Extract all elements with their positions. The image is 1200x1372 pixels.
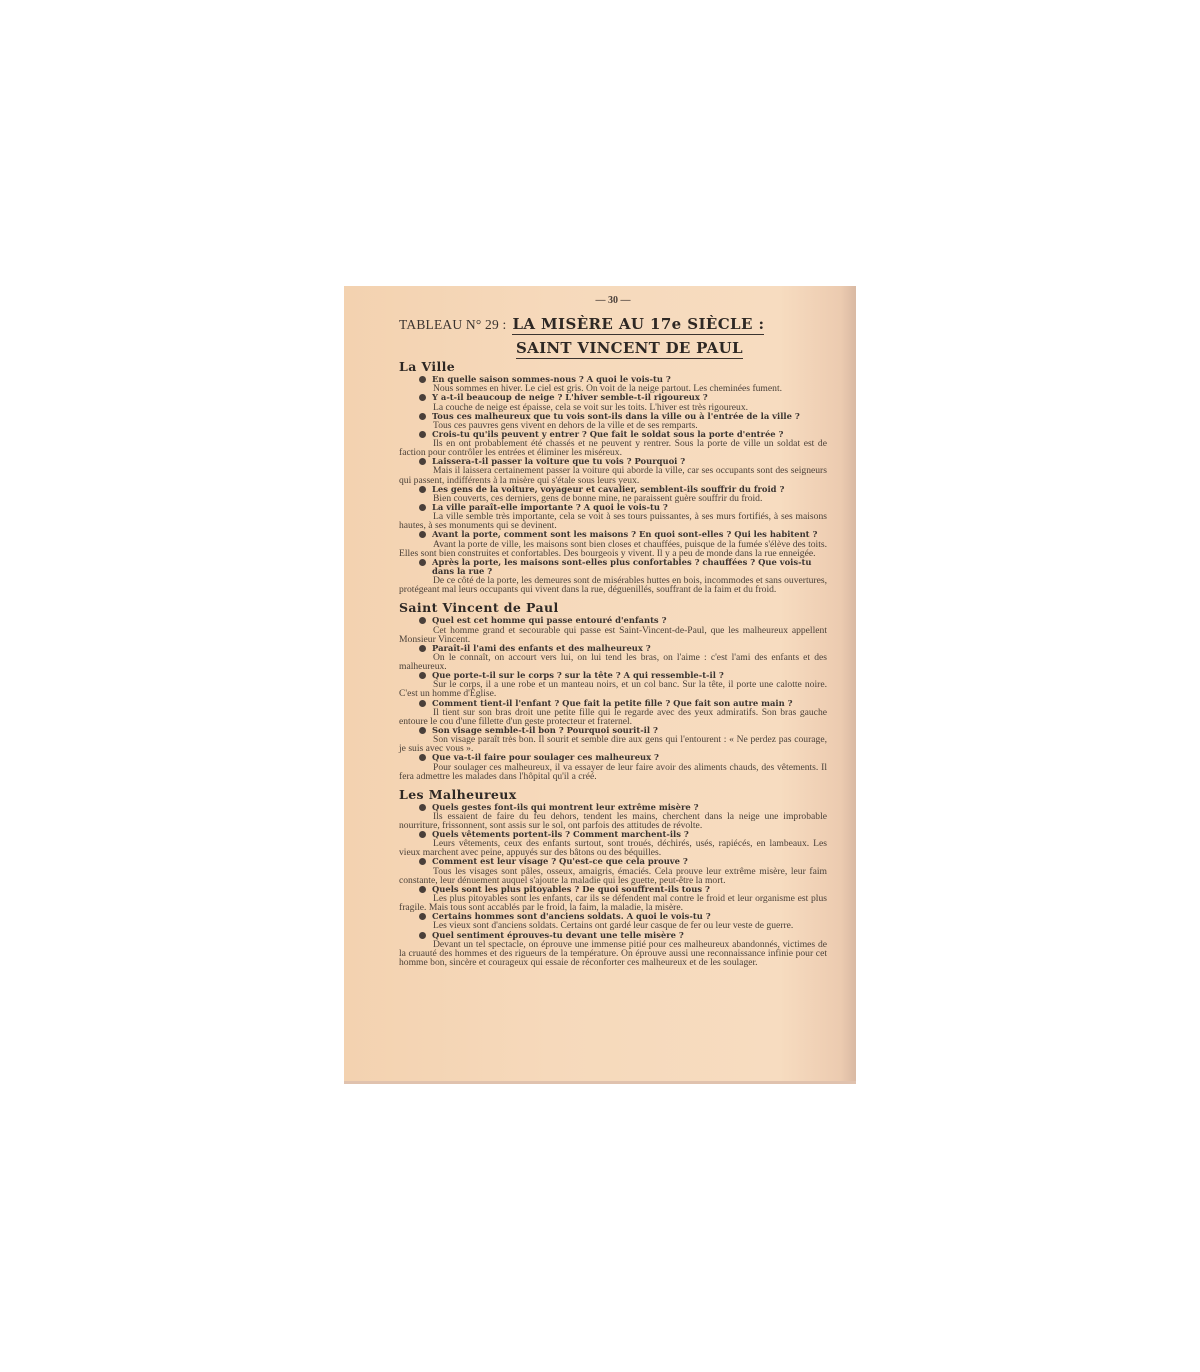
question-text: Que porte-t-il sur le corps ? sur la têt… (432, 671, 724, 680)
bullet-icon (419, 913, 426, 920)
question-text: Certains hommes sont d'anciens soldats. … (432, 912, 711, 921)
question-answer-item: Les gens de la voiture, voyageur et cava… (399, 485, 827, 503)
question-text: Quel sentiment éprouves-tu devant une te… (432, 931, 684, 940)
question-answer-item: En quelle saison sommes-nous ? A quoi le… (399, 375, 827, 393)
question: Son visage semble-t-il bon ? Pourquoi so… (399, 726, 827, 735)
question-answer-item: Que va-t-il faire pour soulager ces malh… (399, 753, 827, 780)
bullet-icon (419, 559, 426, 566)
question-text: Son visage semble-t-il bon ? Pourquoi so… (432, 726, 658, 735)
bullet-icon (419, 754, 426, 761)
bullet-icon (419, 672, 426, 679)
question-answer-item: Son visage semble-t-il bon ? Pourquoi so… (399, 726, 827, 753)
bullet-icon (419, 486, 426, 493)
question: Quels sont les plus pitoyables ? De quoi… (399, 885, 827, 894)
answer-text: Son visage paraît très bon. Il sourit et… (399, 735, 827, 753)
question: Quel est cet homme qui passe entouré d'e… (399, 616, 827, 625)
question: Avant la porte, comment sont les maisons… (399, 530, 827, 539)
question-text: Avant la porte, comment sont les maisons… (432, 530, 817, 539)
question: En quelle saison sommes-nous ? A quoi le… (399, 375, 827, 384)
answer-text: Pour soulager ces malheureux, il va essa… (399, 763, 827, 781)
answer-text: Cet homme grand et secourable qui passe … (399, 626, 827, 644)
question-answer-item: Comment est leur visage ? Qu'est-ce que … (399, 857, 827, 884)
question-answer-item: Quels sont les plus pitoyables ? De quoi… (399, 885, 827, 912)
answer-text: Devant un tel spectacle, on éprouve une … (399, 940, 827, 967)
answer-text: Leurs vêtements, ceux des enfants surtou… (399, 839, 827, 857)
bullet-icon (419, 394, 426, 401)
question-answer-item: Comment tient-il l'enfant ? Que fait la … (399, 699, 827, 726)
bullet-icon (419, 376, 426, 383)
answer-text: Il tient sur son bras droit une petite f… (399, 708, 827, 726)
question-answer-item: Avant la porte, comment sont les maisons… (399, 530, 827, 557)
question-answer-item: Quels vêtements portent-ils ? Comment ma… (399, 830, 827, 857)
bullet-icon (419, 413, 426, 420)
answer-text: Ils essaient de faire du feu dehors, ten… (399, 812, 827, 830)
question-text: Quels gestes font-ils qui montrent leur … (432, 803, 699, 812)
bullet-icon (419, 804, 426, 811)
answer-text: Sur le corps, il a une robe et un mantea… (399, 680, 827, 698)
title-subtitle: SAINT VINCENT DE PAUL (516, 339, 743, 359)
question: Laissera-t-il passer la voiture que tu v… (399, 457, 827, 466)
bullet-icon (419, 700, 426, 707)
question-text: Quels sont les plus pitoyables ? De quoi… (432, 885, 710, 894)
question-text: Y a-t-il beaucoup de neige ? L'hiver sem… (432, 393, 708, 402)
title-row: TABLEAU N° 29 : LA MISÈRE AU 17e SIÈCLE … (399, 315, 827, 335)
question-text: Comment est leur visage ? Qu'est-ce que … (432, 857, 688, 866)
question-answer-item: Que porte-t-il sur le corps ? sur la têt… (399, 671, 827, 698)
question: Comment est leur visage ? Qu'est-ce que … (399, 857, 827, 866)
question-answer-item: Après la porte, les maisons sont-elles p… (399, 558, 827, 595)
question-answer-item: Certains hommes sont d'anciens soldats. … (399, 912, 827, 930)
question: Y a-t-il beaucoup de neige ? L'hiver sem… (399, 393, 827, 402)
answer-text: Tous les visages sont pâles, osseux, ama… (399, 867, 827, 885)
title-block: TABLEAU N° 29 : LA MISÈRE AU 17e SIÈCLE … (399, 315, 827, 359)
question-text: Que va-t-il faire pour soulager ces malh… (432, 753, 659, 762)
bullet-icon (419, 458, 426, 465)
title-main: LA MISÈRE AU 17e SIÈCLE : (512, 315, 764, 335)
question-text: Paraît-il l'ami des enfants et des malhe… (432, 644, 651, 653)
bullet-icon (419, 431, 426, 438)
answer-text: De ce côté de la porte, les demeures son… (399, 576, 827, 594)
answer-text: On le connaît, on accourt vers lui, on l… (399, 653, 827, 671)
question: Quels gestes font-ils qui montrent leur … (399, 803, 827, 812)
bullet-icon (419, 645, 426, 652)
question-text: Quel est cet homme qui passe entouré d'e… (432, 616, 666, 625)
question: Tous ces malheureux que tu vois sont-ils… (399, 412, 827, 421)
question: Quels vêtements portent-ils ? Comment ma… (399, 830, 827, 839)
section-heading: La Ville (399, 359, 827, 374)
answer-text: Avant la porte de ville, les maisons son… (399, 540, 827, 558)
question-answer-item: Quel est cet homme qui passe entouré d'e… (399, 616, 827, 643)
question-text: Quels vêtements portent-ils ? Comment ma… (432, 830, 689, 839)
question-text: La ville paraît-elle importante ? A quoi… (432, 503, 668, 512)
question: Certains hommes sont d'anciens soldats. … (399, 912, 827, 921)
question-answer-item: Paraît-il l'ami des enfants et des malhe… (399, 644, 827, 671)
question: Que porte-t-il sur le corps ? sur la têt… (399, 671, 827, 680)
bullet-icon (419, 504, 426, 511)
question-answer-item: Quels gestes font-ils qui montrent leur … (399, 803, 827, 830)
question-answer-item: Laissera-t-il passer la voiture que tu v… (399, 457, 827, 484)
scanned-page: — 30 — TABLEAU N° 29 : LA MISÈRE AU 17e … (344, 286, 856, 1084)
question: Comment tient-il l'enfant ? Que fait la … (399, 699, 827, 708)
question: Crois-tu qu'ils peuvent y entrer ? Que f… (399, 430, 827, 439)
question-text: Crois-tu qu'ils peuvent y entrer ? Que f… (432, 430, 783, 439)
question: Quel sentiment éprouves-tu devant une te… (399, 931, 827, 940)
bullet-icon (419, 727, 426, 734)
answer-text: Les plus pitoyables sont les enfants, ca… (399, 894, 827, 912)
question-text: En quelle saison sommes-nous ? A quoi le… (432, 375, 671, 384)
answer-text: Mais il laissera certainement passer la … (399, 466, 827, 484)
question-answer-item: La ville paraît-elle importante ? A quoi… (399, 503, 827, 530)
tableau-label: TABLEAU N° 29 : (399, 317, 506, 333)
question-text: Tous ces malheureux que tu vois sont-ils… (432, 412, 800, 421)
question-answer-item: Crois-tu qu'ils peuvent y entrer ? Que f… (399, 430, 827, 457)
question: Paraît-il l'ami des enfants et des malhe… (399, 644, 827, 653)
question-answer-item: Y a-t-il beaucoup de neige ? L'hiver sem… (399, 393, 827, 411)
bullet-icon (419, 831, 426, 838)
answer-text: Ils en ont probablement été chassés et n… (399, 439, 827, 457)
section-heading: Saint Vincent de Paul (399, 600, 827, 615)
page-number: — 30 — (399, 295, 827, 306)
question: La ville paraît-elle importante ? A quoi… (399, 503, 827, 512)
bullet-icon (419, 858, 426, 865)
question-text: Laissera-t-il passer la voiture que tu v… (432, 457, 685, 466)
bullet-icon (419, 531, 426, 538)
bullet-icon (419, 617, 426, 624)
body-text: La VilleEn quelle saison sommes-nous ? A… (399, 357, 827, 971)
question-answer-item: Tous ces malheureux que tu vois sont-ils… (399, 412, 827, 430)
question-text: Comment tient-il l'enfant ? Que fait la … (432, 699, 793, 708)
question: Après la porte, les maisons sont-elles p… (399, 558, 827, 576)
section-heading: Les Malheureux (399, 787, 827, 802)
question-text: Après la porte, les maisons sont-elles p… (432, 558, 827, 576)
question-text: Les gens de la voiture, voyageur et cava… (432, 485, 784, 494)
answer-text: La ville semble très importante, cela se… (399, 512, 827, 530)
bullet-icon (419, 932, 426, 939)
question: Que va-t-il faire pour soulager ces malh… (399, 753, 827, 762)
question: Les gens de la voiture, voyageur et cava… (399, 485, 827, 494)
question-answer-item: Quel sentiment éprouves-tu devant une te… (399, 931, 827, 967)
bullet-icon (419, 886, 426, 893)
